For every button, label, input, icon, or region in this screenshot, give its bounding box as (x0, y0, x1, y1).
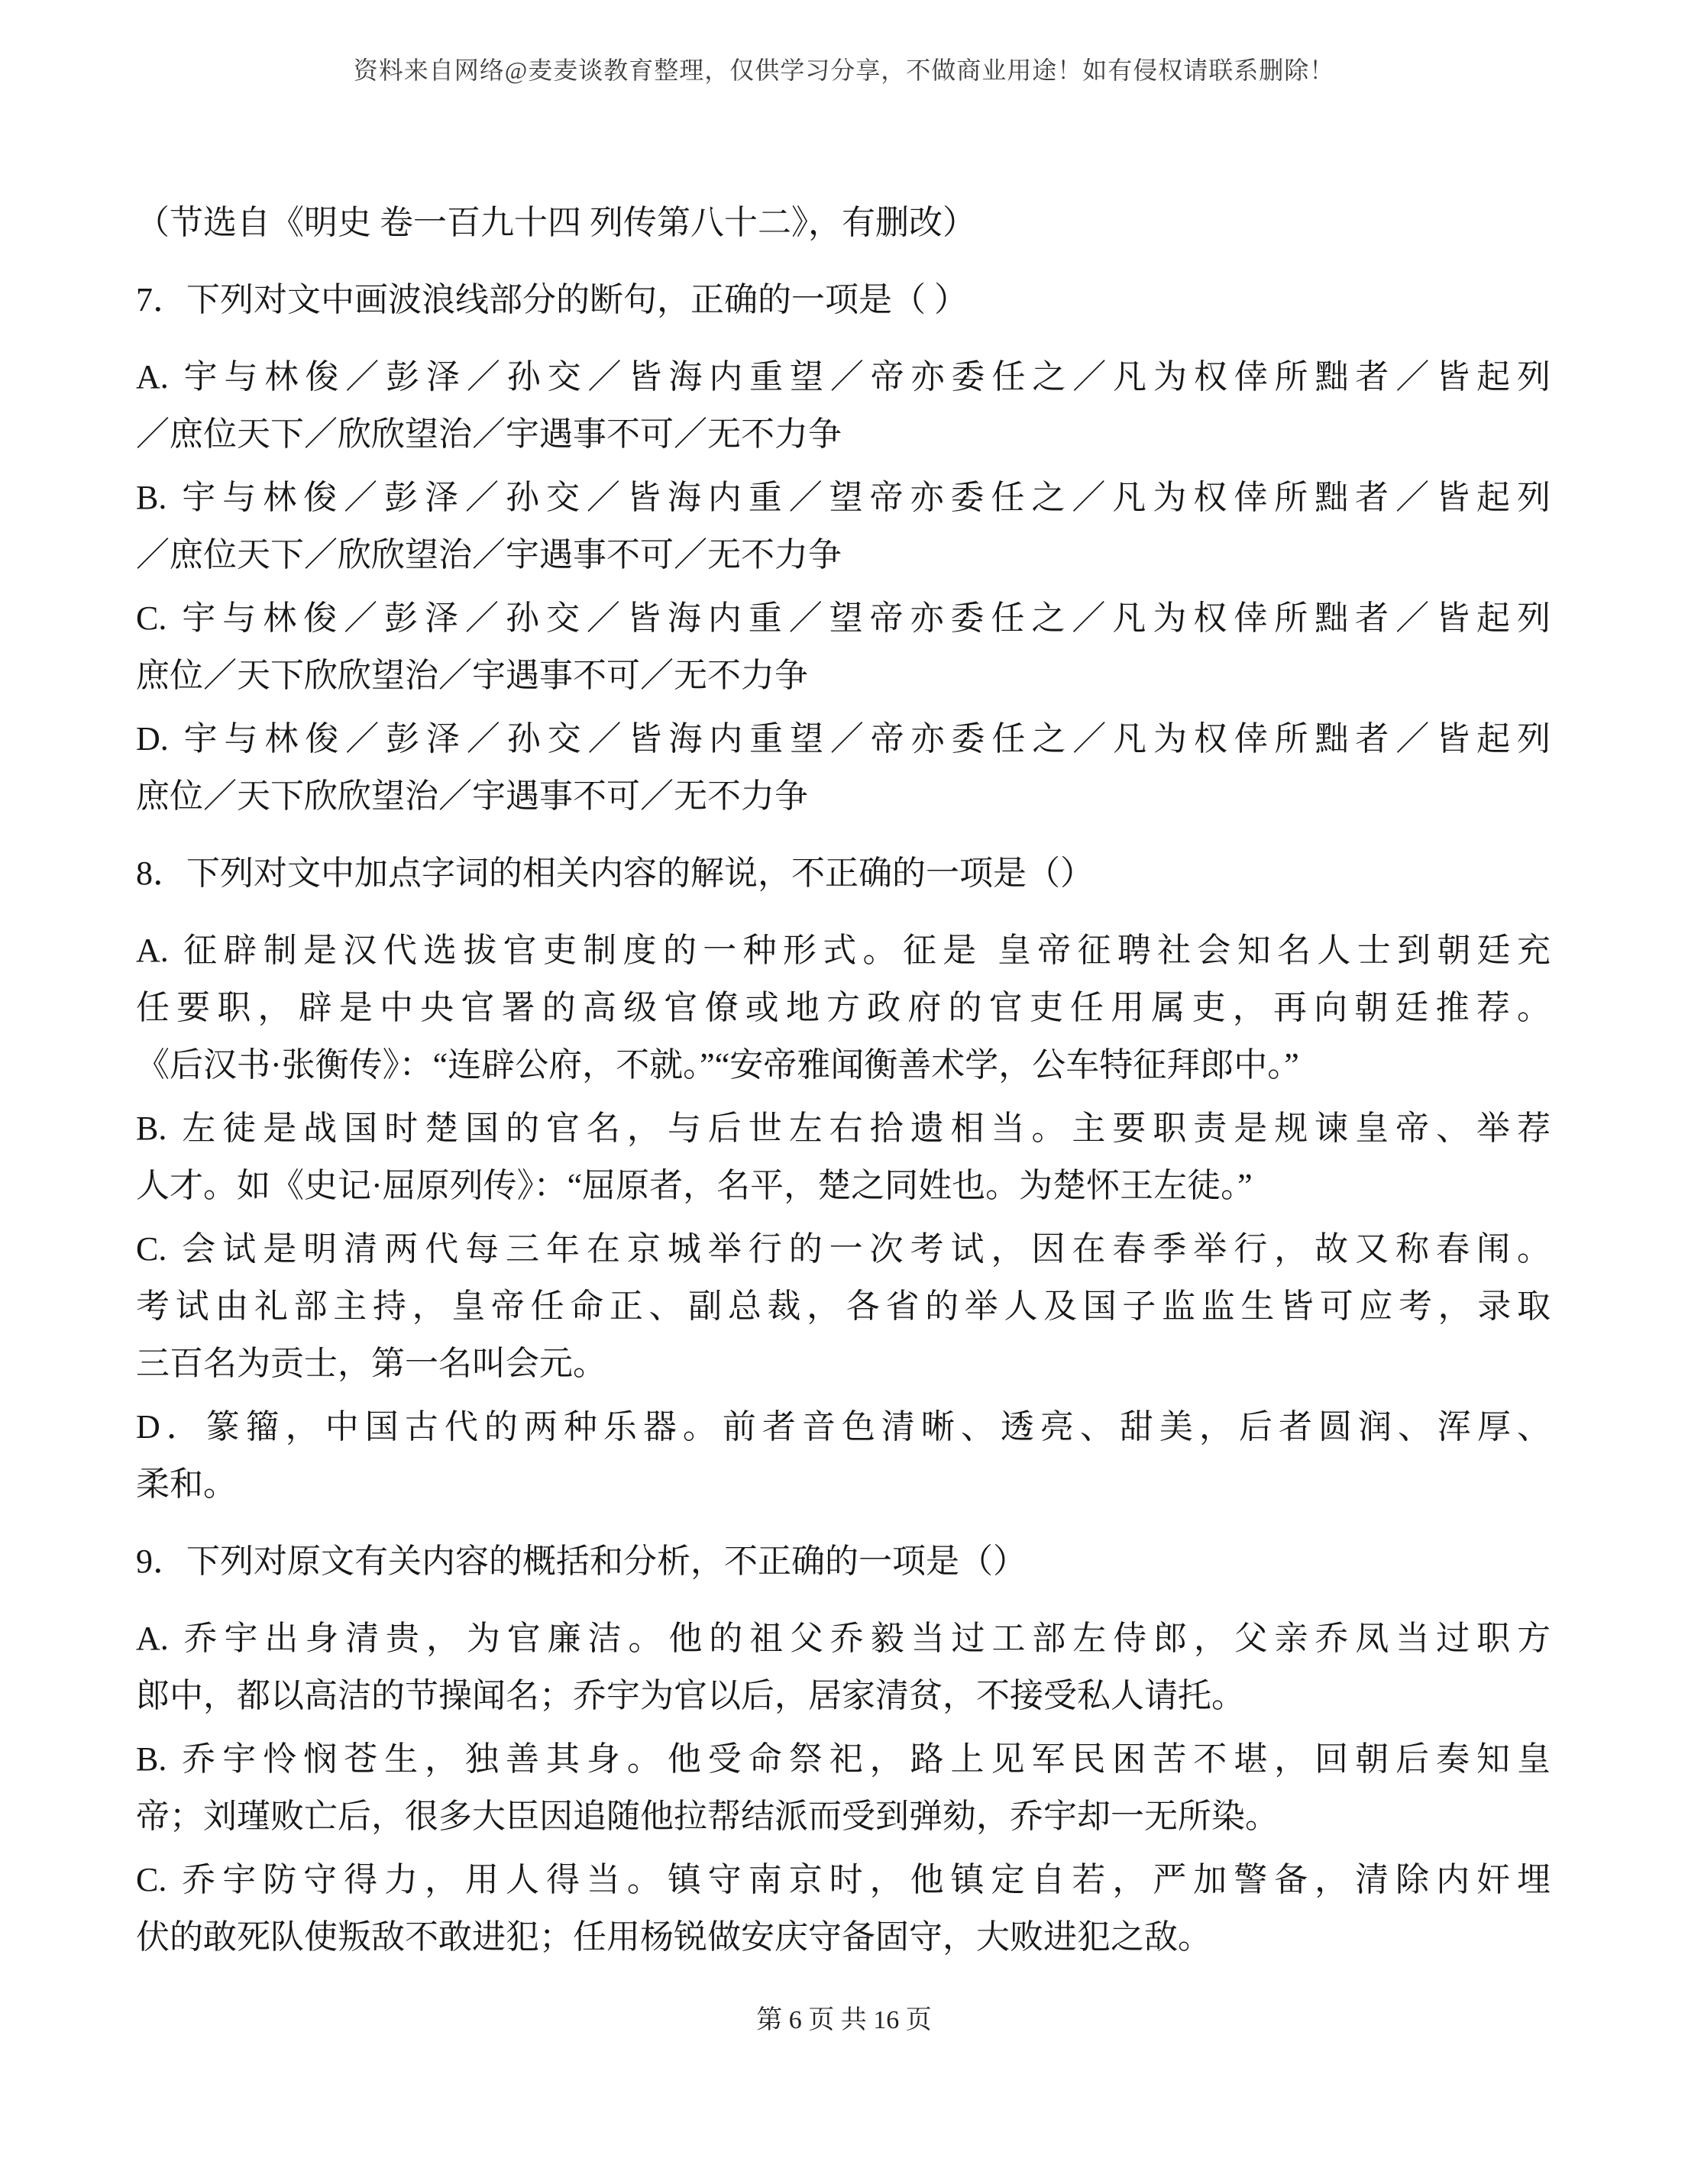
document-page: 资料来自网络@麦麦谈教育整理，仅供学习分享，不做商业用途！如有侵权请联系删除！ … (0, 0, 1688, 2184)
option-line: D．篆籀，中国古代的两种乐器。前者音色清晰、透亮、甜美，后者圆润、浑厚、 (136, 1398, 1551, 1455)
option-line: 帝；刘瑾败亡后，很多大臣因追随他拉帮结派而受到弹劾，乔宇却一无所染。 (136, 1788, 1551, 1845)
question-7: 7．下列对文中画波浪线部分的断句，正确的一项是（ ） A. 宇与林俊／彭泽／孙交… (136, 271, 1551, 825)
question-8-option-a: A. 征辟制是汉代选拔官吏制度的一种形式。征是 皇帝征聘社会知名人士到朝廷充 任… (136, 922, 1551, 1094)
question-7-option-a: A. 宇与林俊／彭泽／孙交／皆海内重望／帝亦委任之／凡为权倖所黜者／皆起列 ／庶… (136, 348, 1551, 463)
option-line: 三百名为贡士，第一名叫会元。 (136, 1335, 1551, 1392)
question-9-option-b: B. 乔宇怜悯苍生，独善其身。他受命祭祀，路上见军民困苦不堪，回朝后奏知皇 帝；… (136, 1730, 1551, 1845)
question-7-option-c: C. 宇与林俊／彭泽／孙交／皆海内重／望帝亦委任之／凡为权倖所黜者／皆起列 庶位… (136, 590, 1551, 704)
question-9-stem: 9．下列对原文有关内容的概括和分析，不正确的一项是（） (136, 1533, 1551, 1590)
question-9-option-c: C. 乔宇防守得力，用人得当。镇守南京时，他镇定自若，严加警备，清除内奸埋 伏的… (136, 1851, 1551, 1966)
option-line: C. 会试是明清两代每三年在京城举行的一次考试，因在春季举行，故又称春闱。 (136, 1220, 1551, 1278)
option-line: C. 乔宇防守得力，用人得当。镇守南京时，他镇定自若，严加警备，清除内奸埋 (136, 1851, 1551, 1908)
option-line: A. 乔宇出身清贵，为官廉洁。他的祖父乔毅当过工部左侍郎，父亲乔凤当过职方 (136, 1610, 1551, 1667)
source-attribution: （节选自《明史 卷一百九十四 列传第八十二》，有删改） (136, 194, 1551, 251)
option-line: 任要职，辟是中央官署的高级官僚或地方政府的官吏任用属吏，再向朝廷推荐。 (136, 979, 1551, 1036)
page-content: （节选自《明史 卷一百九十四 列传第八十二》，有删改） 7．下列对文中画波浪线部… (0, 194, 1688, 1966)
option-line: A. 宇与林俊／彭泽／孙交／皆海内重望／帝亦委任之／凡为权倖所黜者／皆起列 (136, 348, 1551, 405)
option-line: 考试由礼部主持，皇帝任命正、副总裁，各省的举人及国子监监生皆可应考，录取 (136, 1278, 1551, 1335)
question-7-option-d: D. 宇与林俊／彭泽／孙交／皆海内重望／帝亦委任之／凡为权倖所黜者／皆起列 庶位… (136, 710, 1551, 825)
question-7-option-b: B. 宇与林俊／彭泽／孙交／皆海内重／望帝亦委任之／凡为权倖所黜者／皆起列 ／庶… (136, 469, 1551, 583)
question-8-option-d: D．篆籀，中国古代的两种乐器。前者音色清晰、透亮、甜美，后者圆润、浑厚、 柔和。 (136, 1398, 1551, 1513)
option-line: 人才。如《史记·屈原列传》：“屈原者，名平，楚之同姓也。为楚怀王左徒。” (136, 1157, 1551, 1214)
header-notice: 资料来自网络@麦麦谈教育整理，仅供学习分享，不做商业用途！如有侵权请联系删除！ (0, 0, 1688, 87)
question-9-option-a: A. 乔宇出身清贵，为官廉洁。他的祖父乔毅当过工部左侍郎，父亲乔凤当过职方 郎中… (136, 1610, 1551, 1724)
option-line: 郎中，都以高洁的节操闻名；乔宇为官以后，居家清贫，不接受私人请托。 (136, 1667, 1551, 1724)
option-line: 柔和。 (136, 1455, 1551, 1513)
option-line: B. 左徒是战国时楚国的官名，与后世左右拾遗相当。主要职责是规谏皇帝、举荐 (136, 1100, 1551, 1157)
option-line: ／庶位天下／欣欣望治／宇遇事不可／无不力争 (136, 405, 1551, 463)
option-line: 庶位／天下欣欣望治／宇遇事不可／无不力争 (136, 767, 1551, 825)
question-8-option-c: C. 会试是明清两代每三年在京城举行的一次考试，因在春季举行，故又称春闱。 考试… (136, 1220, 1551, 1392)
option-line: B. 乔宇怜悯苍生，独善其身。他受命祭祀，路上见军民困苦不堪，回朝后奏知皇 (136, 1730, 1551, 1788)
option-line: C. 宇与林俊／彭泽／孙交／皆海内重／望帝亦委任之／凡为权倖所黜者／皆起列 (136, 590, 1551, 647)
option-line: B. 宇与林俊／彭泽／孙交／皆海内重／望帝亦委任之／凡为权倖所黜者／皆起列 (136, 469, 1551, 526)
question-8-stem: 8．下列对文中加点字词的相关内容的解说，不正确的一项是（） (136, 845, 1551, 902)
page-footer: 第 6 页 共 16 页 (0, 2002, 1688, 2039)
option-line: A. 征辟制是汉代选拔官吏制度的一种形式。征是 皇帝征聘社会知名人士到朝廷充 (136, 922, 1551, 979)
option-line: ／庶位天下／欣欣望治／宇遇事不可／无不力争 (136, 526, 1551, 583)
question-8-option-b: B. 左徒是战国时楚国的官名，与后世左右拾遗相当。主要职责是规谏皇帝、举荐 人才… (136, 1100, 1551, 1214)
question-9: 9．下列对原文有关内容的概括和分析，不正确的一项是（） A. 乔宇出身清贵，为官… (136, 1533, 1551, 1966)
question-7-stem: 7．下列对文中画波浪线部分的断句，正确的一项是（ ） (136, 271, 1551, 328)
option-line: 伏的敢死队使叛敌不敢进犯；任用杨锐做安庆守备固守，大败进犯之敌。 (136, 1908, 1551, 1966)
option-line: D. 宇与林俊／彭泽／孙交／皆海内重望／帝亦委任之／凡为权倖所黜者／皆起列 (136, 710, 1551, 767)
question-8: 8．下列对文中加点字词的相关内容的解说，不正确的一项是（） A. 征辟制是汉代选… (136, 845, 1551, 1513)
option-line: 《后汉书·张衡传》：“连辟公府，不就。”“安帝雅闻衡善术学，公车特征拜郎中。” (136, 1036, 1551, 1094)
option-line: 庶位／天下欣欣望治／宇遇事不可／无不力争 (136, 647, 1551, 704)
